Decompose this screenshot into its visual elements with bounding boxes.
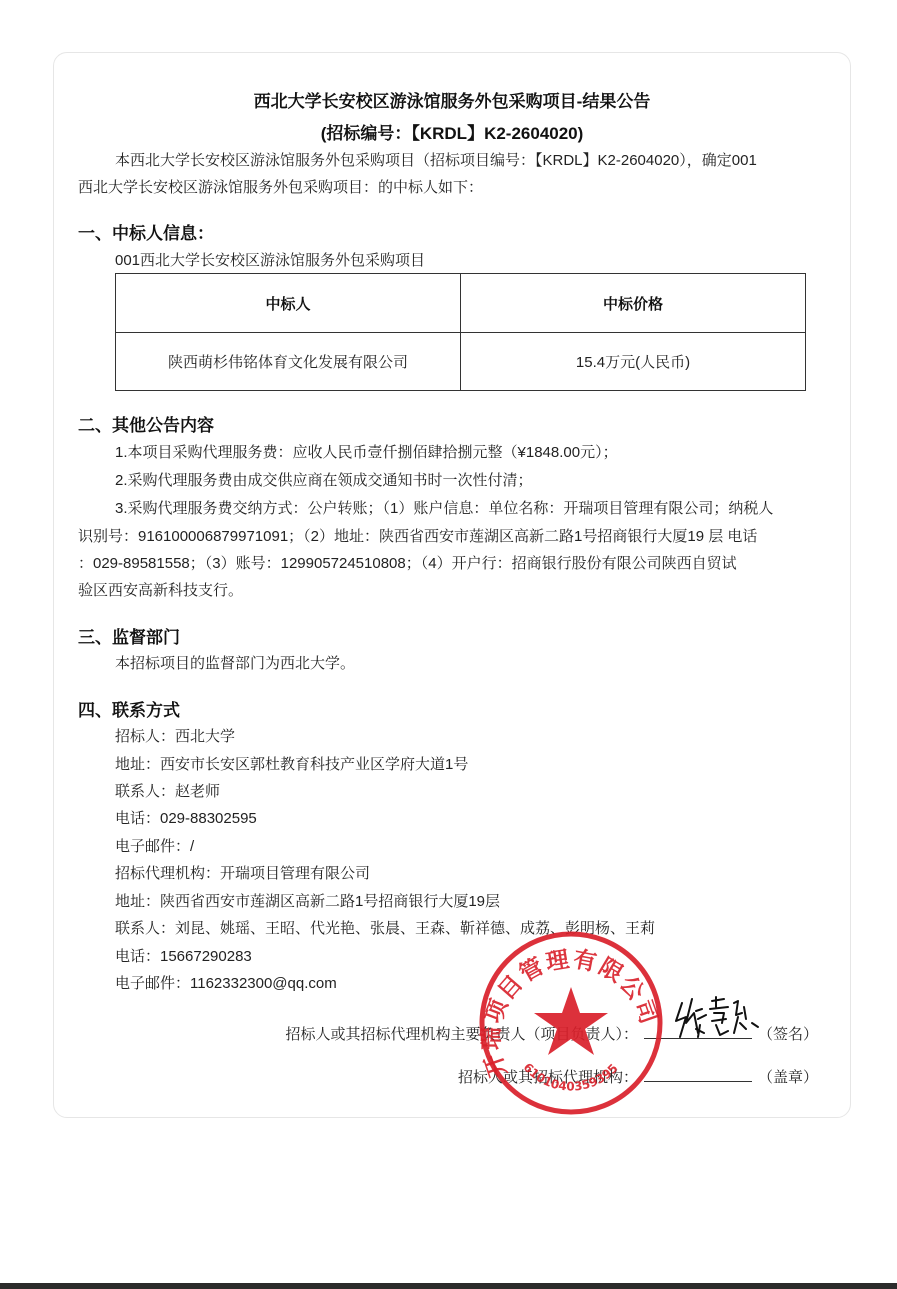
seal-suffix: （盖章） — [758, 1069, 818, 1086]
section-heading-other-content: 二、其他公告内容 — [78, 411, 214, 436]
fee-item-1: 1.本项目采购代理服务费：应收人民币壹仟捌佰肆拾捌元整（¥1848.00元）； — [115, 439, 618, 466]
contact-tenderer-phone: 电话：029-88302595 — [115, 805, 257, 832]
contact-agency-phone: 电话：15667290283 — [115, 943, 252, 970]
seal-blank — [644, 1068, 752, 1082]
page-title: 西北大学长安校区游泳馆服务外包采购项目-结果公告 — [54, 87, 850, 112]
contact-tenderer: 招标人：西北大学 — [115, 723, 235, 750]
contact-agency-email: 电子邮件：1162332300@qq.com — [115, 970, 337, 997]
seal-label: 招标人或其招标代理机构： — [458, 1069, 638, 1086]
section-heading-contact: 四、联系方式 — [78, 696, 180, 721]
signature-line-seal: 招标人或其招标代理机构：（盖章） — [458, 1066, 818, 1087]
section-heading-winner-info: 一、中标人信息： — [78, 219, 214, 244]
table-header-row: 中标人 中标价格 — [116, 274, 806, 333]
table-row: 陕西萌杉伟铭体育文化发展有限公司 15.4万元(人民币) — [116, 333, 806, 391]
svg-text:开瑞项目管理有限公司: 开瑞项目管理有限公司 — [478, 945, 663, 1080]
column-header-winner: 中标人 — [116, 274, 461, 333]
contact-agency-persons: 联系人：刘昆、姚瑶、王昭、代光艳、张晨、王森、靳祥德、成荔、彭明杨、王莉 — [115, 915, 655, 942]
contact-tenderer-address: 地址：西安市长安区郭杜教育科技产业区学府大道1号 — [115, 751, 468, 778]
bid-number-title: (招标编号：【KRDL】K2-2604020) — [54, 119, 850, 144]
contact-tenderer-person: 联系人：赵老师 — [115, 778, 220, 805]
contact-agency: 招标代理机构：开瑞项目管理有限公司 — [115, 860, 370, 887]
contact-tenderer-email: 电子邮件：/ — [115, 833, 194, 860]
fee-item-3-line3: ：029-89581558；（3）账号：129905724510808；（4）开… — [78, 550, 737, 577]
contact-agency-address: 地址：陕西省西安市莲湖区高新二路1号招商银行大厦19层 — [115, 888, 500, 915]
signature-suffix: （签名） — [758, 1026, 818, 1043]
bottom-bar — [0, 1283, 897, 1289]
intro-paragraph-line2: 西北大学长安校区游泳馆服务外包采购项目：的中标人如下： — [78, 174, 483, 201]
supervision-text: 本招标项目的监督部门为西北大学。 — [115, 650, 355, 677]
signature-line-responsible-person: 招标人或其招标代理机构主要负责人（项目负责人）：（签名） — [285, 1023, 818, 1044]
announcement-card: 西北大学长安校区游泳馆服务外包采购项目-结果公告 (招标编号：【KRDL】K2-… — [53, 52, 851, 1118]
lot-name: 001西北大学长安校区游泳馆服务外包采购项目 — [115, 247, 425, 274]
signature-blank — [644, 1025, 752, 1039]
winner-price-cell: 15.4万元(人民币) — [461, 333, 806, 391]
section-heading-supervision: 三、监督部门 — [78, 623, 180, 648]
signature-label: 招标人或其招标代理机构主要负责人（项目负责人）： — [285, 1026, 638, 1043]
fee-item-3-line1: 3.采购代理服务费交纳方式：公户转账；（1）账户信息：单位名称：开瑞项目管理有限… — [115, 495, 773, 522]
winner-name-cell: 陕西萌杉伟铭体育文化发展有限公司 — [116, 333, 461, 391]
intro-paragraph-line1: 本西北大学长安校区游泳馆服务外包采购项目（招标项目编号：【KRDL】K2-260… — [115, 147, 757, 174]
winner-table: 中标人 中标价格 陕西萌杉伟铭体育文化发展有限公司 15.4万元(人民币) — [115, 273, 806, 391]
column-header-price: 中标价格 — [461, 274, 806, 333]
fee-item-3-line2: 识别号：916100006879971091；（2）地址：陕西省西安市莲湖区高新… — [78, 523, 757, 550]
fee-item-2: 2.采购代理服务费由成交供应商在领成交通知书时一次性付清； — [115, 467, 533, 494]
fee-item-3-line4: 验区西安高新科技支行。 — [78, 577, 243, 604]
